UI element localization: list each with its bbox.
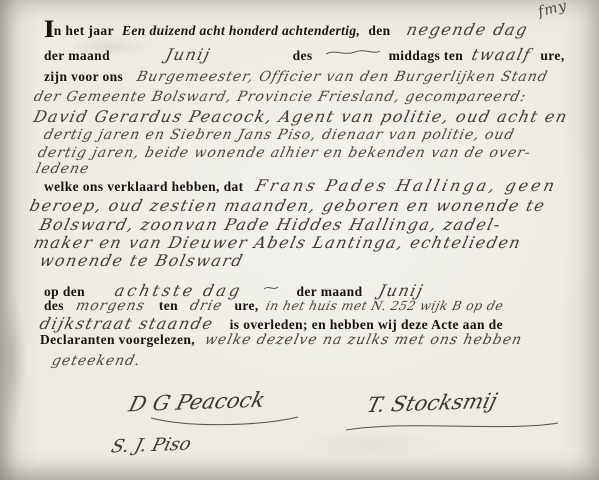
handwritten-declarant-2: dertig jaren en Siebren Jans Piso, diena… bbox=[42, 127, 516, 143]
deceased-line-1: welke ons verklaard hebben, dat Frans Pa… bbox=[44, 176, 557, 196]
handwritten-father-name: Bolsward, zoonvan Pade Hiddes Hallinga, … bbox=[38, 215, 503, 234]
handwritten-mother-name: maker en van Dieuwer Abels Lantinga, ech… bbox=[32, 233, 524, 252]
handwritten-day-of-month: negende dag bbox=[404, 20, 529, 39]
signature-peacock: D G Peacock bbox=[126, 388, 267, 417]
handwritten-death-hour: drie bbox=[188, 298, 224, 314]
printed-ure-2: ure, bbox=[234, 298, 258, 313]
corner-annotation: fmy bbox=[537, 0, 569, 20]
handwritten-parents-residence: wonende te Bolsward bbox=[38, 251, 246, 270]
handwritten-official-title: Burgemeester, Officier van den Burgerlij… bbox=[135, 69, 549, 85]
ink-flourish bbox=[325, 44, 381, 62]
deceased-line-3: Bolsward, zoonvan Pade Hiddes Hallinga, … bbox=[40, 215, 501, 235]
intro-line-2: der maand Junij des middags ten twaalf u… bbox=[44, 45, 565, 65]
signature-official: T. Stocksmij bbox=[368, 391, 496, 415]
signature-official-name: T. Stocksmij bbox=[364, 389, 499, 417]
ink-flourish-small bbox=[263, 279, 279, 297]
handwritten-closing-1: welke dezelve na zulks met ons hebben bbox=[203, 332, 524, 348]
printed-zijn-voor-ons: zijn voor ons bbox=[44, 69, 123, 84]
deceased-line-4: maker en van Dieuwer Abels Lantinga, ech… bbox=[34, 233, 521, 253]
printed-year-phrase: Een duizend acht honderd achtendertig, bbox=[122, 23, 360, 38]
edge-shadow bbox=[0, 300, 26, 420]
scanned-death-record-page: fmy In het jaar Een duizend acht honderd… bbox=[0, 0, 599, 480]
printed-der-maand: der maand bbox=[44, 48, 110, 63]
intro-line-1: In het jaar Een duizend acht honderd ach… bbox=[44, 20, 528, 40]
death-line-4: Declaranten voorgelezen, welke dezelve n… bbox=[40, 331, 522, 349]
death-line-2: des morgens ten drie ure, in het huis me… bbox=[44, 297, 503, 315]
handwritten-deceased-age: beroep, oud zestien maanden, geboren en … bbox=[28, 196, 548, 215]
declarants-line-4: dertig jaren en Siebren Jans Piso, diena… bbox=[44, 126, 514, 144]
signature-flourish-left bbox=[150, 414, 300, 433]
declarants-line-2: der Gemeente Bolsward, Provincie Friesla… bbox=[34, 88, 526, 106]
printed-des: des bbox=[293, 48, 313, 63]
printed-welke-ons-verklaard: welke ons verklaard hebben, dat bbox=[44, 179, 244, 194]
signature-declarant-1: D G Peacock bbox=[130, 390, 264, 414]
signature-piso: S. J. Piso bbox=[109, 434, 193, 458]
printed-declaranten-voorgelezen: Declaranten voorgelezen, bbox=[40, 332, 195, 347]
declarants-line-3: David Gerardus Peacock, Agent van politi… bbox=[34, 107, 568, 127]
printed-den: den bbox=[368, 23, 390, 38]
declarants-line-5: dertig jaren, beide wonende alhier en be… bbox=[38, 144, 531, 162]
signature-flourish-right bbox=[345, 418, 560, 439]
handwritten-house-address-1: in het huis met N. 252 wijk B op de bbox=[264, 298, 505, 313]
printed-ure: ure, bbox=[540, 48, 564, 63]
drop-cap-initial: I bbox=[44, 16, 54, 43]
handwritten-municipality: der Gemeente Bolsward, Provincie Friesla… bbox=[32, 89, 528, 105]
death-line-5: geteekend. bbox=[52, 352, 141, 370]
handwritten-declarant-1: David Gerardus Peacock, Agent van politi… bbox=[32, 107, 570, 126]
signature-declarant-2: S. J. Piso bbox=[112, 435, 190, 456]
handwritten-hour: twaalf bbox=[470, 45, 534, 64]
declarants-line-1: zijn voor ons Burgemeester, Officier van… bbox=[44, 68, 548, 86]
handwritten-month: Junij bbox=[164, 45, 213, 64]
printed-ten: ten bbox=[159, 298, 178, 313]
printed-is-overleden: is overleden; en hebben wij deze Acte aa… bbox=[230, 317, 503, 332]
handwritten-closing-2: geteekend. bbox=[50, 353, 142, 369]
printed-in-het-jaar: n het jaar bbox=[54, 23, 114, 38]
printed-middags-ten: middags ten bbox=[389, 48, 464, 63]
deceased-line-2: beroep, oud zestien maanden, geboren en … bbox=[30, 196, 545, 216]
handwritten-declarants-residence: dertig jaren, beide wonende alhier en be… bbox=[36, 145, 532, 161]
handwritten-deceased-name: Frans Pades Hallinga, geen bbox=[253, 176, 558, 195]
deceased-line-5: wonende te Bolsward bbox=[40, 251, 244, 271]
handwritten-daypart: morgens bbox=[74, 298, 147, 314]
handwritten-overledene-word: ledene bbox=[34, 161, 91, 177]
printed-des-2: des bbox=[44, 298, 64, 313]
